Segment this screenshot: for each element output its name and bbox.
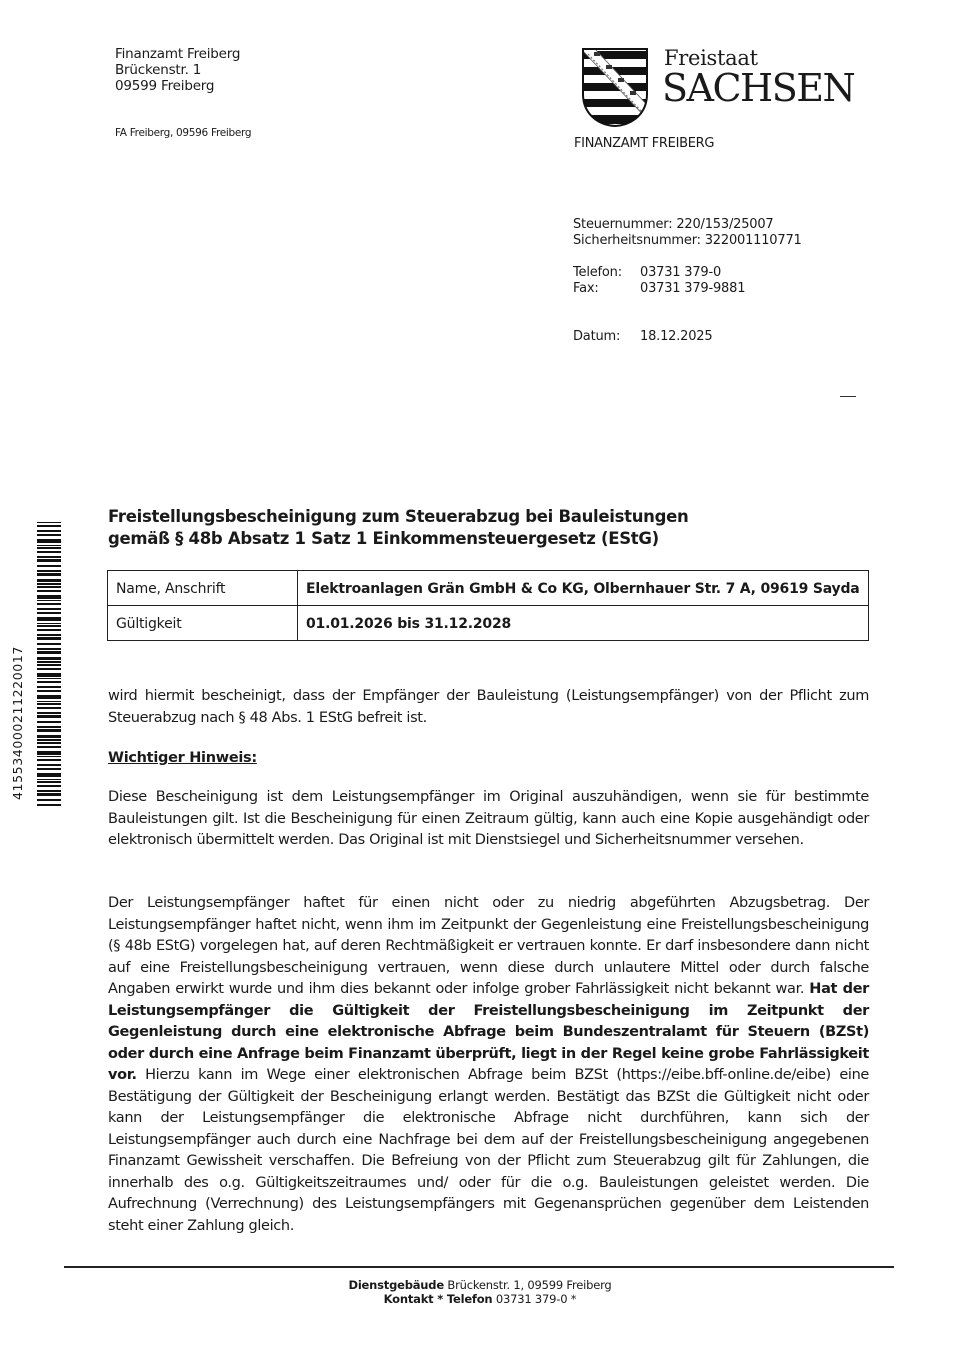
barcode-number: 415534000211220017 [10, 646, 25, 800]
table-row: Name, Anschrift Elektroanlagen Grän GmbH… [108, 571, 869, 606]
document-title-line2: gemäß § 48b Absatz 1 Satz 1 Einkommenste… [108, 528, 688, 550]
phone-label: Telefon: [573, 265, 640, 281]
footer: Dienstgebäude Brückenstr. 1, 09599 Freib… [0, 1278, 960, 1306]
security-number-row: Sicherheitsnummer: 322001110771 [573, 233, 802, 249]
liability-text-part2: Hierzu kann im Wege einer elektronischen… [108, 1067, 869, 1234]
fax-value: 03731 379-9881 [640, 281, 745, 297]
footer-contact-label: Kontakt * Telefon [384, 1292, 493, 1306]
phone-row: Telefon:03731 379-0 [573, 265, 745, 281]
document-title-line1: Freistellungsbescheinigung zum Steuerabz… [108, 506, 688, 528]
footer-contact-phone: 03731 379-0 * [496, 1292, 576, 1306]
footer-divider [64, 1266, 894, 1268]
saxony-coat-of-arms-icon [580, 46, 650, 128]
date-info: Datum:18.12.2025 [573, 329, 712, 345]
footer-contact-line: Kontakt * Telefon 03731 379-0 * [0, 1292, 960, 1306]
authority-name: FINANZAMT FREIBERG [574, 136, 714, 151]
sender-city: 09599 Freiberg [115, 78, 240, 94]
notice-paragraph-original: Diese Bescheinigung ist dem Leistungsemp… [108, 787, 869, 852]
logo-sachsen-text: SACHSEN [662, 68, 854, 108]
sender-street: Brückenstr. 1 [115, 62, 240, 78]
footer-building-address: Brückenstr. 1, 09599 Freiberg [447, 1278, 611, 1292]
tax-number-value: 220/153/25007 [676, 217, 773, 233]
footer-building-label: Dienstgebäude [348, 1278, 443, 1292]
certificate-details-table: Name, Anschrift Elektroanlagen Grän GmbH… [107, 570, 869, 641]
fax-label: Fax: [573, 281, 640, 297]
return-address: FA Freiberg, 09596 Freiberg [115, 127, 251, 139]
tax-number-label: Steuernummer: [573, 217, 672, 233]
certification-statement: wird hiermit bescheinigt, dass der Empfä… [108, 686, 869, 729]
tax-info: Steuernummer: 220/153/25007 Sicherheitsn… [573, 217, 802, 249]
sender-address: Finanzamt Freiberg Brückenstr. 1 09599 F… [115, 46, 240, 94]
security-number-value: 322001110771 [705, 233, 802, 249]
table-row: Gültigkeit 01.01.2026 bis 31.12.2028 [108, 606, 869, 641]
footer-building-line: Dienstgebäude Brückenstr. 1, 09599 Freib… [0, 1278, 960, 1292]
validity-value: 01.01.2026 bis 31.12.2028 [298, 606, 869, 641]
fold-mark [840, 396, 856, 397]
notice-paragraph-liability: Der Leistungsempfänger haftet für einen … [108, 893, 869, 1237]
phone-value: 03731 379-0 [640, 265, 721, 281]
important-notice-heading: Wichtiger Hinweis: [108, 750, 257, 766]
freistaat-sachsen-logo: Freistaat SACHSEN [580, 46, 870, 136]
sender-name: Finanzamt Freiberg [115, 46, 240, 62]
name-address-label: Name, Anschrift [108, 571, 298, 606]
document-title: Freistellungsbescheinigung zum Steuerabz… [108, 506, 688, 550]
liability-text-part1: Der Leistungsempfänger haftet für einen … [108, 895, 869, 997]
date-value: 18.12.2025 [640, 329, 712, 345]
validity-label: Gültigkeit [108, 606, 298, 641]
name-address-value: Elektroanlagen Grän GmbH & Co KG, Olbern… [298, 571, 869, 606]
tax-number-row: Steuernummer: 220/153/25007 [573, 217, 802, 233]
contact-info: Telefon:03731 379-0 Fax:03731 379-9881 [573, 265, 745, 297]
fax-row: Fax:03731 379-9881 [573, 281, 745, 297]
date-row: Datum:18.12.2025 [573, 329, 712, 345]
barcode-icon [37, 522, 61, 807]
security-number-label: Sicherheitsnummer: [573, 233, 701, 249]
date-label: Datum: [573, 329, 640, 345]
